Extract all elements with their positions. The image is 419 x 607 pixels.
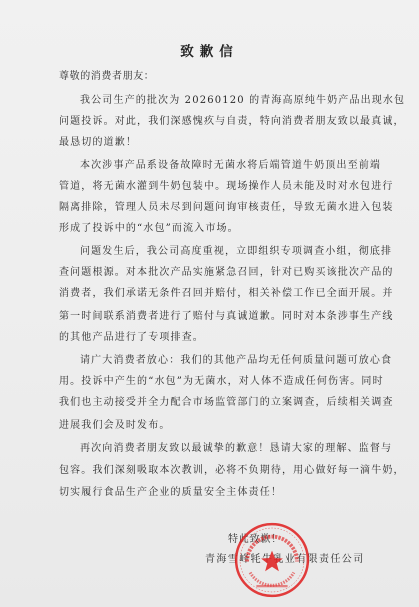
letter-line: 消费者，我们承诺无条件召回并赔付，相关补偿工作已全面开展。并 xyxy=(59,287,394,301)
letter-line: 问题投诉。对此，我们深感愧疚与自责，特向消费者朋友致以最真诚， xyxy=(59,115,405,129)
letter-line: 形成了投诉中的“水包”而流入市场。 xyxy=(59,222,239,236)
letter-line: 第一时间联系消费者进行了赔付与真诚道歉。同时对本条涉事生产线 xyxy=(59,310,394,324)
apology-letter-page: 致歉信 尊敬的消费者朋友： 我公司生产的批次为 20260120 的青海高原纯牛… xyxy=(0,0,419,607)
letter-line: 请广大消费者放心：我们的其他产品均无任何质量问题可放心食 xyxy=(80,354,392,368)
letter-line: 最恳切的道歉！ xyxy=(59,136,137,150)
letter-line: 查问题根源。对本批次产品实施紧急召回，针对已购买该批次产品的 xyxy=(59,266,394,280)
letter-line: 隔离排除，管理人员未尽到问题问询审核责任，导致无菌水进入包装 xyxy=(59,201,394,215)
letter-line: 切实履行食品生产企业的质量安全主体责任！ xyxy=(59,486,282,500)
letter-line: 我公司生产的批次为 20260120 的青海高原纯牛奶产品出现水包 xyxy=(80,94,405,108)
letter-line: 本次涉事产品系设备故障时无菌水将后端管道牛奶顶出至前端 xyxy=(80,159,381,173)
letter-line: 用。投诉中产生的“水包”为无菌水，对人体不造成任何伤害。同时 xyxy=(59,375,384,389)
letter-line: 进展我们会及时发布。 xyxy=(59,419,171,433)
salutation: 尊敬的消费者朋友： xyxy=(59,67,154,82)
letter-line: 包容。我们深刻吸取本次教训，必将不负期待，用心做好每一滴牛奶， xyxy=(59,464,405,478)
letter-line: 问题发生后，我公司高度重视，立即组织专项调查小组，彻底排 xyxy=(80,245,392,259)
letter-line: 再次向消费者朋友致以最诚挚的歉意！恳请大家的理解、监督与 xyxy=(80,442,392,456)
letter-line: 管道，将无菌水灌到牛奶包装中。现场操作人员未能及时对水包进行 xyxy=(59,180,394,194)
company-seal-icon xyxy=(233,521,311,599)
letter-line: 我们也主动接受并全力配合市场监管部门的立案调查，后续相关调查 xyxy=(59,396,394,410)
letter-title: 致歉信 xyxy=(0,40,419,60)
letter-line: 的其他产品进行了专项排查。 xyxy=(59,331,204,345)
